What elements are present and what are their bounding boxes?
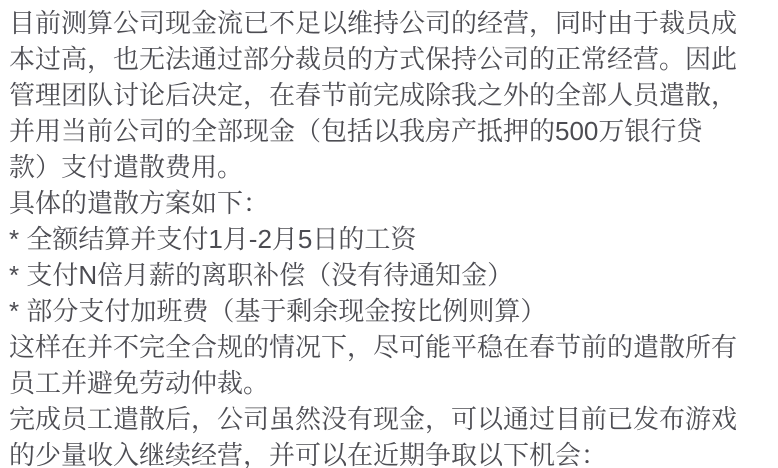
text-line: 并用当前公司的全部现金（包括以我房产抵押的500万银行贷: [9, 113, 774, 149]
text-line bullet-line: * 支付N倍月薪的离职补偿（没有待通知金）: [9, 257, 774, 293]
document-text: 目前测算公司现金流已不足以维持公司的经营，同时由于裁员成 本过高，也无法通过部分…: [0, 0, 778, 468]
text-line: 的少量收入继续经营，并可以在近期争取以下机会：: [9, 437, 774, 468]
text-line: 这样在并不完全合规的情况下，尽可能平稳在春节前的遣散所有: [9, 329, 774, 365]
text-line: 具体的遣散方案如下：: [9, 185, 774, 221]
text-line: 款）支付遣散费用。: [9, 149, 774, 185]
text-line: 本过高，也无法通过部分裁员的方式保持公司的正常经营。因此: [9, 41, 774, 77]
text-line bullet-line: * 全额结算并支付1月-2月5日的工资: [9, 221, 774, 257]
text-line: 目前测算公司现金流已不足以维持公司的经营，同时由于裁员成: [9, 5, 774, 41]
text-line: 管理团队讨论后决定，在春节前完成除我之外的全部人员遣散，: [9, 77, 774, 113]
text-line: 完成员工遣散后，公司虽然没有现金，可以通过目前已发布游戏: [9, 401, 774, 437]
text-line bullet-line: * 部分支付加班费（基于剩余现金按比例则算）: [9, 293, 774, 329]
text-line: 员工并避免劳动仲裁。: [9, 365, 774, 401]
